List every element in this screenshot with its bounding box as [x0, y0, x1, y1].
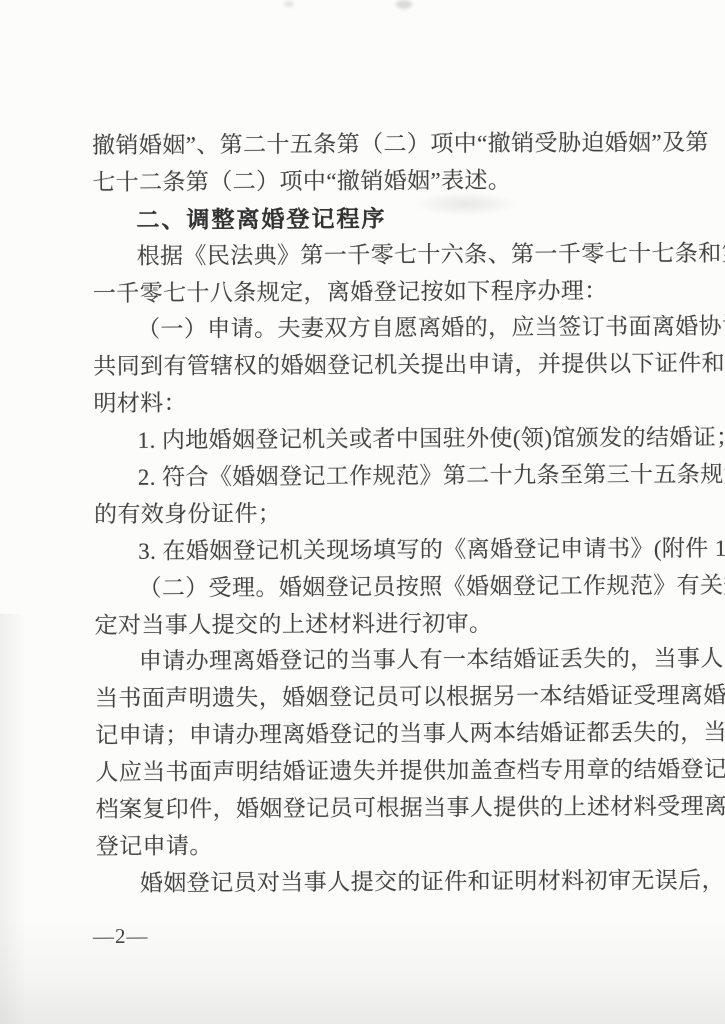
text-line: 1. 内地婚姻登记机关或者中国驻外使(领)馆颁发的结婚证；	[94, 420, 660, 460]
text-line: 根据《民法典》第一千零七十六条、第一千零七十七条和第	[93, 236, 659, 276]
text-line: 档案复印件，婚姻登记员可根据当事人提供的上述材料受理离婚	[95, 789, 661, 829]
text-line: 定对当事人提交的上述材料进行初审。	[95, 605, 661, 645]
section-heading: 二、调整离婚登记程序	[92, 199, 658, 239]
scanned-page: 撤销婚姻”、第二十五条第（二）项中“撤销受胁迫婚姻”及第七十二条第（二）项中“撤…	[0, 0, 725, 1024]
text-line: 一千零七十八条规定，离婚登记按如下程序办理：	[93, 273, 659, 313]
text-line: 申请办理离婚登记的当事人有一本结婚证丢失的，当事人应	[95, 641, 661, 681]
text-line: 记申请；申请办理离婚登记的当事人两本结婚证都丢失的，当事	[95, 715, 661, 755]
scan-edge-shading	[0, 614, 26, 1024]
text-line: （一）申请。夫妻双方自愿离婚的，应当签订书面离婚协议，	[93, 309, 659, 349]
scan-speck-artifact	[396, 0, 412, 9]
text-line: 明材料：	[93, 383, 659, 423]
text-line: 的有效身份证件；	[94, 494, 660, 534]
document-body: 撤销婚姻”、第二十五条第（二）项中“撤销受胁迫婚姻”及第七十二条第（二）项中“撤…	[92, 125, 662, 903]
text-line: （二）受理。婚姻登记员按照《婚姻登记工作规范》有关规	[94, 568, 660, 608]
text-line: 3. 在婚姻登记机关现场填写的《离婚登记申请书》(附件 1)。	[94, 531, 660, 571]
text-line: 七十二条第（二）项中“撤销婚姻”表述。	[92, 162, 658, 202]
text-line: 人应当书面声明结婚证遗失并提供加盖查档专用章的结婚登记	[95, 752, 661, 792]
text-line: 登记申请。	[96, 826, 662, 866]
text-line: 共同到有管辖权的婚姻登记机关提出申请，并提供以下证件和证	[93, 346, 659, 386]
text-line: 撤销婚姻”、第二十五条第（二）项中“撤销受胁迫婚姻”及第	[92, 125, 658, 165]
scan-speck-artifact	[284, 1, 294, 7]
text-line: 当书面声明遗失，婚姻登记员可以根据另一本结婚证受理离婚登	[95, 678, 661, 718]
page-number: —2—	[93, 922, 149, 950]
text-line: 婚姻登记员对当事人提交的证件和证明材料初审无误后，发	[96, 863, 662, 903]
text-line: 2. 符合《婚姻登记工作规范》第二十九条至第三十五条规定	[94, 457, 660, 497]
